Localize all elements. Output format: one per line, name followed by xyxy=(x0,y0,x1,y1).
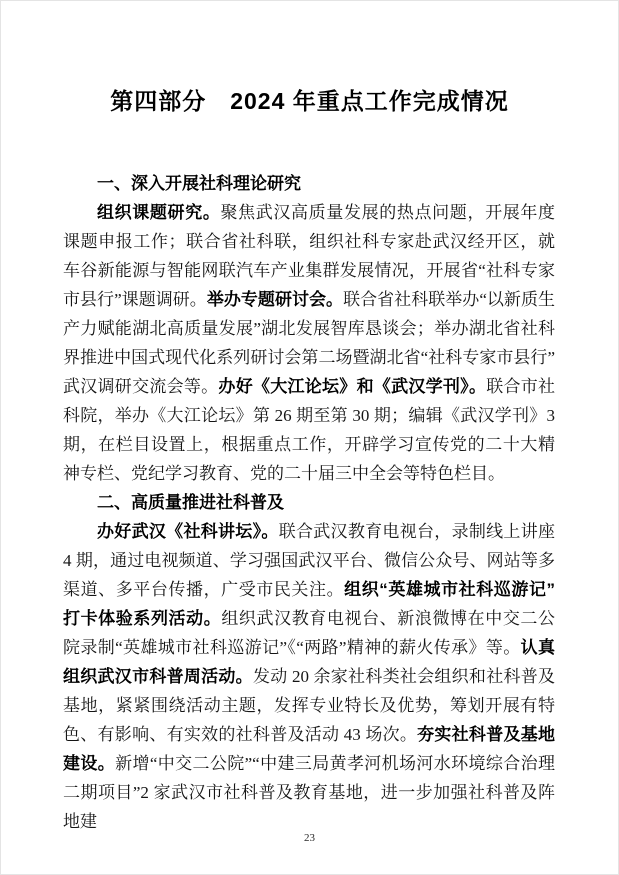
document-body: 一、深入开展社科理论研究组织课题研究。聚焦武汉高质量发展的热点问题，开展年度课题… xyxy=(63,169,555,836)
emphasis-run: 办好武汉《社科讲坛》。 xyxy=(97,522,279,541)
body-paragraph: 办好武汉《社科讲坛》。联合武汉教育电视台，录制线上讲座 4 期，通过电视频道、学… xyxy=(63,517,555,836)
emphasis-run: 组织课题研究。 xyxy=(97,203,220,222)
section-heading-2: 二、高质量推进社科普及 xyxy=(63,488,555,517)
text-run: 新增“中交二公院”“中建三局黄孝河机场河水环境综合治理二期项目”2 家武汉市社科… xyxy=(63,754,555,831)
document-page: 第四部分 2024 年重点工作完成情况 一、深入开展社科理论研究组织课题研究。聚… xyxy=(0,0,619,875)
section-heading-1: 一、深入开展社科理论研究 xyxy=(63,169,555,198)
body-paragraph: 组织课题研究。聚焦武汉高质量发展的热点问题，开展年度课题申报工作；联合省社科联，… xyxy=(63,198,555,488)
emphasis-run: 举办专题研讨会。 xyxy=(207,290,343,309)
page-number: 23 xyxy=(1,832,618,844)
document-title: 第四部分 2024 年重点工作完成情况 xyxy=(1,85,618,117)
emphasis-run: 办好《大江论坛》和《武汉学刊》。 xyxy=(218,377,486,396)
